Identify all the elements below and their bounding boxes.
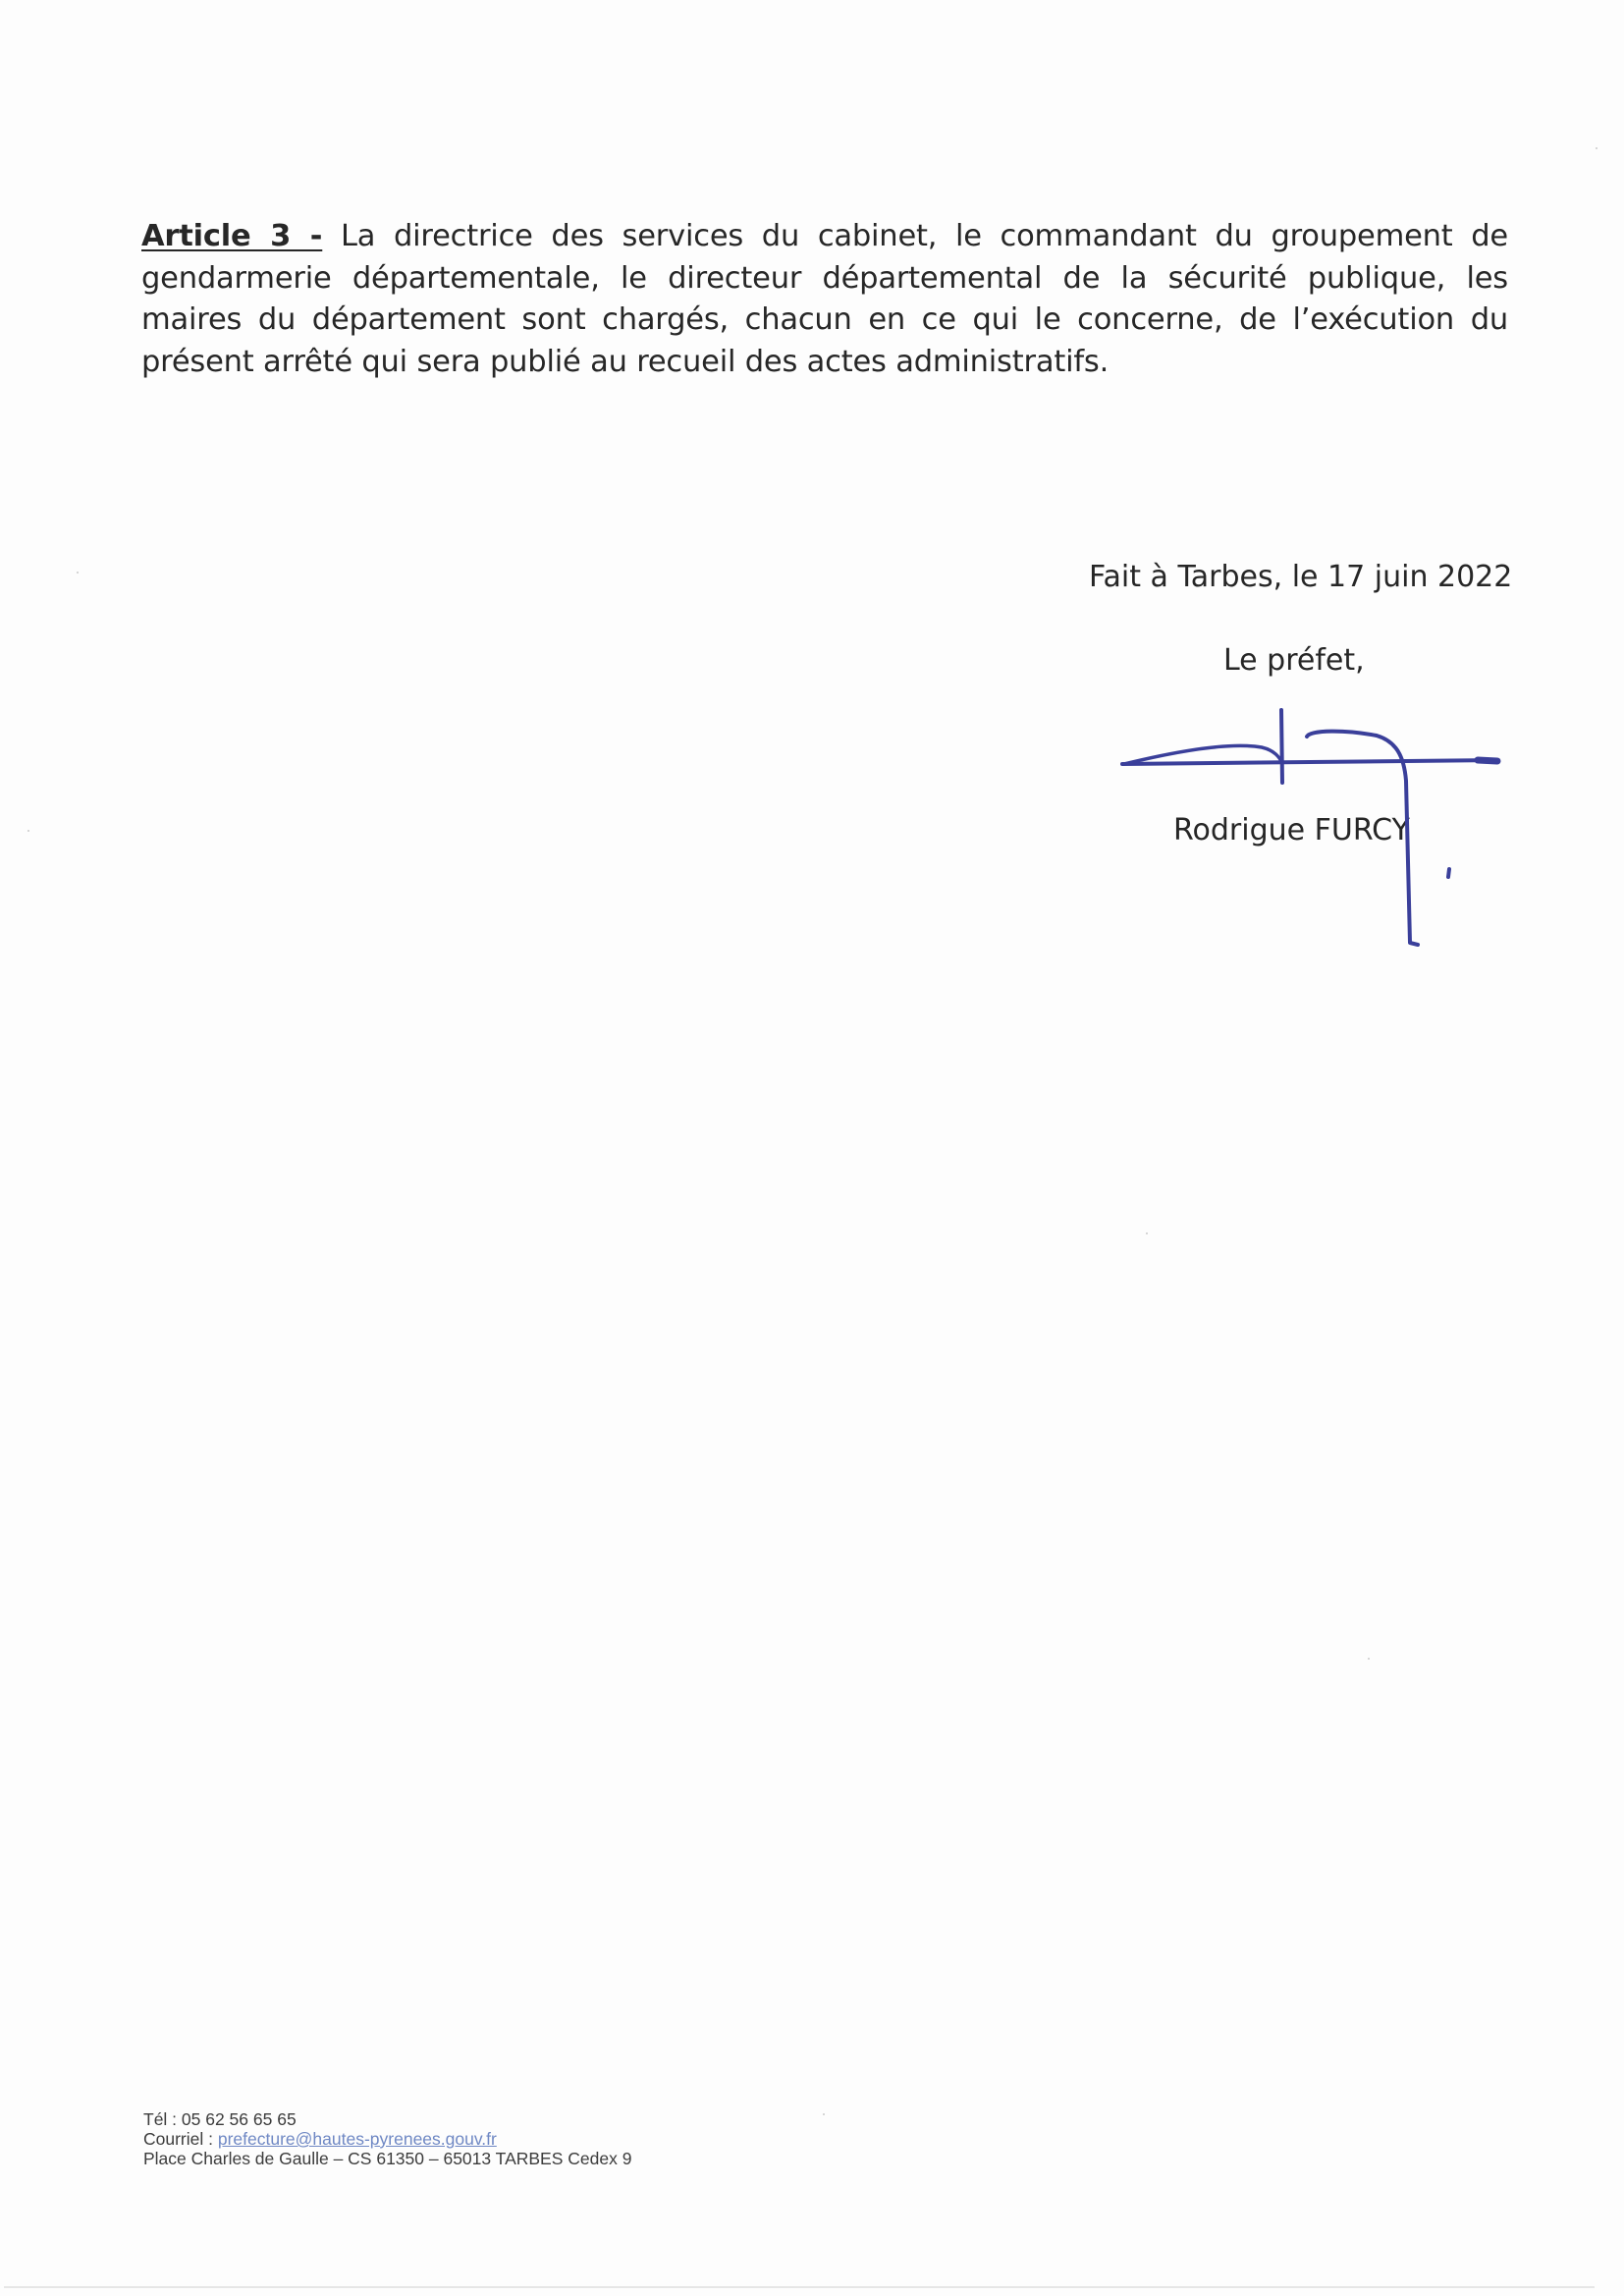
footer-phone-row: Tél : 05 62 56 65 65 xyxy=(143,2109,631,2129)
email-link[interactable]: prefecture@hautes-pyrenees.gouv.fr xyxy=(218,2129,497,2149)
scan-speck xyxy=(1596,147,1597,149)
scan-speck xyxy=(77,572,79,574)
footer-email-row: Courriel : prefecture@hautes-pyrenees.go… xyxy=(143,2129,631,2149)
phone-label: Tél : xyxy=(143,2109,182,2129)
contact-footer: Tél : 05 62 56 65 65 Courriel : prefectu… xyxy=(143,2109,631,2168)
scan-speck xyxy=(27,830,29,832)
email-label: Courriel : xyxy=(143,2129,218,2149)
scan-speck xyxy=(1368,1658,1370,1660)
signer-role: Le préfet, xyxy=(1223,643,1365,678)
page-bottom-edge xyxy=(4,2286,1595,2288)
document-page: Article 3 - La directrice des services d… xyxy=(0,0,1624,2296)
handwritten-signature-icon xyxy=(1119,702,1532,967)
footer-address: Place Charles de Gaulle – CS 61350 – 650… xyxy=(143,2149,631,2168)
phone-number: 05 62 56 65 65 xyxy=(182,2109,297,2129)
scan-speck xyxy=(1146,1232,1148,1234)
place-and-date: Fait à Tarbes, le 17 juin 2022 xyxy=(1089,560,1512,594)
scan-speck xyxy=(823,2113,825,2115)
article-3-label: Article 3 - xyxy=(141,219,322,253)
